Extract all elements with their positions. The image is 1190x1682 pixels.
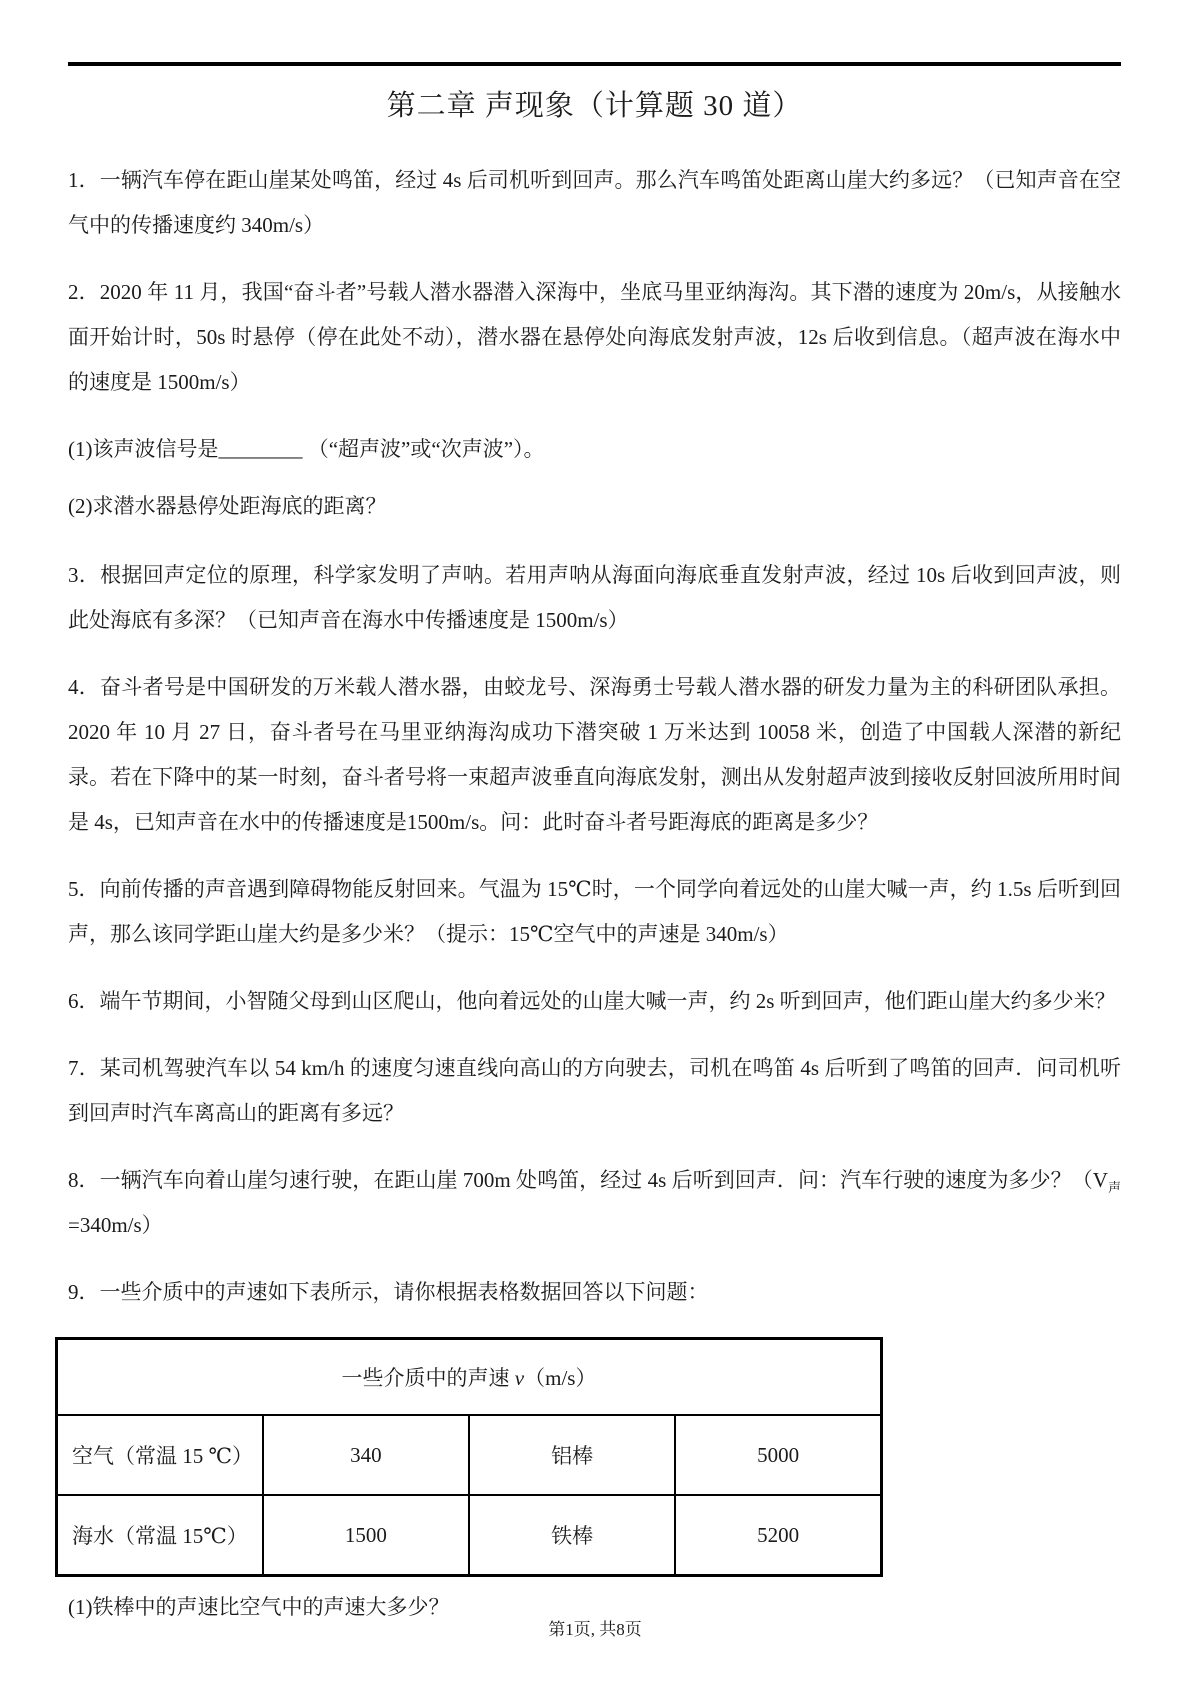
content-area: 第二章 声现象（计算题 30 道） 1．一辆汽车停在距山崖某处鸣笛，经过 4s … [68, 84, 1121, 1630]
table-title-text: 一些介质中的声速 [342, 1366, 515, 1390]
table-cell-speed: 5000 [675, 1415, 881, 1495]
problem-8-text-end: =340m/s） [68, 1213, 163, 1237]
table-cell-medium: 海水（常温 15℃） [57, 1495, 263, 1576]
table-cell-speed: 340 [263, 1415, 469, 1495]
problem-3: 3．根据回声定位的原理，科学家发明了声呐。若用声呐从海面向海底垂直发射声波，经过… [68, 553, 1121, 643]
table-title-symbol: v [515, 1366, 524, 1390]
problem-2: 2．2020 年 11 月，我国“奋斗者”号载人潜水器潜入深海中，坐底马里亚纳海… [68, 270, 1121, 405]
problem-4: 4．奋斗者号是中国研发的万米载人潜水器，由蛟龙号、深海勇士号载人潜水器的研发力量… [68, 665, 1121, 845]
worksheet-page: 第二章 声现象（计算题 30 道） 1．一辆汽车停在距山崖某处鸣笛，经过 4s … [0, 0, 1190, 1682]
table-cell-speed: 5200 [675, 1495, 881, 1576]
table-cell-medium: 空气（常温 15 ℃） [57, 1415, 263, 1495]
problem-5: 5．向前传播的声音遇到障碍物能反射回来。气温为 15℃时，一个同学向着远处的山崖… [68, 867, 1121, 957]
top-rule-divider [68, 62, 1121, 66]
problem-8-v-subscript: 声 [1108, 1180, 1121, 1195]
problem-9: 9．一些介质中的声速如下表所示，请你根据表格数据回答以下问题： [68, 1270, 1121, 1315]
problem-2-sub-2: (2)求潜水器悬停处距海底的距离？ [68, 484, 1121, 529]
page-title: 第二章 声现象（计算题 30 道） [68, 84, 1121, 128]
table-title-unit: （m/s） [524, 1366, 596, 1390]
page-footer: 第1页, 共8页 [0, 1618, 1190, 1642]
problem-8-text-start: 8．一辆汽车向着山崖匀速行驶，在距山崖 700m 处鸣笛，经过 4s 后听到回声… [68, 1168, 1108, 1192]
table-cell-medium: 铁棒 [469, 1495, 675, 1576]
table-cell-speed: 1500 [263, 1495, 469, 1576]
problem-6: 6．端午节期间，小智随父母到山区爬山，他向着远处的山崖大喊一声，约 2s 听到回… [68, 979, 1121, 1024]
sound-speed-table: 一些介质中的声速 v（m/s） 空气（常温 15 ℃） 340 铝棒 5000 … [55, 1337, 883, 1577]
problem-7: 7．某司机驾驶汽车以 54 km/h 的速度匀速直线向高山的方向驶去，司机在鸣笛… [68, 1046, 1121, 1136]
table-title-cell: 一些介质中的声速 v（m/s） [57, 1339, 882, 1416]
table-cell-medium: 铝棒 [469, 1415, 675, 1495]
table-header-row: 一些介质中的声速 v（m/s） [57, 1339, 882, 1416]
problem-1: 1．一辆汽车停在距山崖某处鸣笛，经过 4s 后司机听到回声。那么汽车鸣笛处距离山… [68, 158, 1121, 248]
problem-2-sub-1: (1)该声波信号是________ （“超声波”或“次声波”）。 [68, 427, 1121, 472]
problem-8: 8．一辆汽车向着山崖匀速行驶，在距山崖 700m 处鸣笛，经过 4s 后听到回声… [68, 1158, 1121, 1248]
table-row: 海水（常温 15℃） 1500 铁棒 5200 [57, 1495, 882, 1576]
table-row: 空气（常温 15 ℃） 340 铝棒 5000 [57, 1415, 882, 1495]
